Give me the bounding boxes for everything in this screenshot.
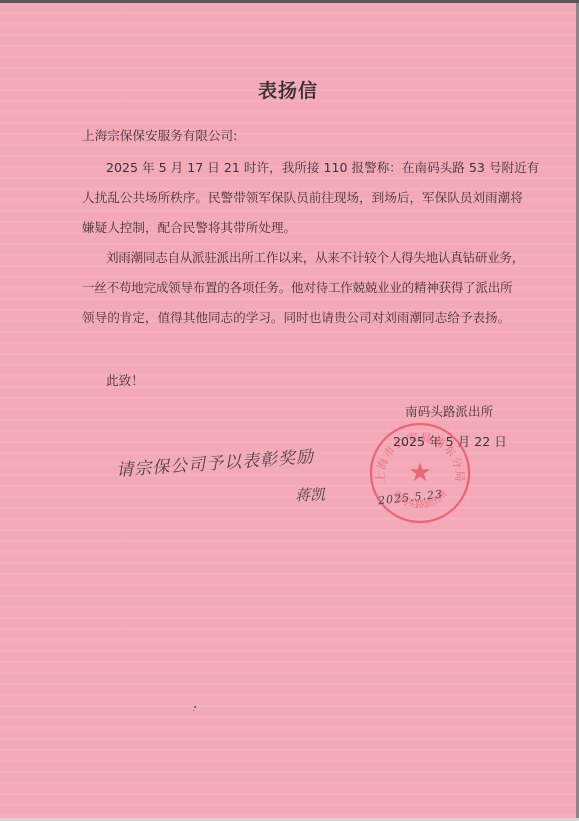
sender-name: 南码头路派出所 <box>405 405 493 419</box>
paragraph-2-line-2: 一丝不苟地完成领导布置的各项任务。他对待工作兢兢业业的精神获得了派出所 <box>82 281 512 295</box>
handwritten-signature: 蒋凯 <box>295 483 326 505</box>
paragraph-2-line-3: 领导的肯定，值得其他同志的学习。同时也请贵公司对刘雨潮同志给予表扬。 <box>82 311 510 325</box>
seal-star-icon: ★ <box>408 458 431 488</box>
paragraph-1-line-2: 人扰乱公共场所秩序。民警带领军保队员前往现场，到场后，军保队员刘雨潮将 <box>82 191 523 205</box>
paragraph-1-line-1: 2025 年 5 月 17 日 21 时许，我所接 110 报警称：在南码头路 … <box>106 161 539 175</box>
paragraph-1-line-3: 嫌疑人控制，配合民警将其带所处理。 <box>82 221 296 235</box>
scan-speck <box>193 710 194 711</box>
letter-page: 表扬信 上海宗保保安服务有限公司: 2025 年 5 月 17 日 21 时许，… <box>0 3 576 818</box>
letter-date: 2025 年 5 月 22 日 <box>393 435 507 449</box>
handwritten-instruction: 请宗保公司予以表彰奖励 <box>115 442 314 481</box>
scan-speck <box>194 706 196 708</box>
paragraph-2-line-1: 刘雨潮同志自从派驻派出所工作以来，从来不计较个人得失地认真钻研业务， <box>106 251 524 265</box>
closing: 此致！ <box>106 374 144 388</box>
salutation: 上海宗保保安服务有限公司: <box>82 129 237 143</box>
letter-title: 表扬信 <box>0 76 576 103</box>
